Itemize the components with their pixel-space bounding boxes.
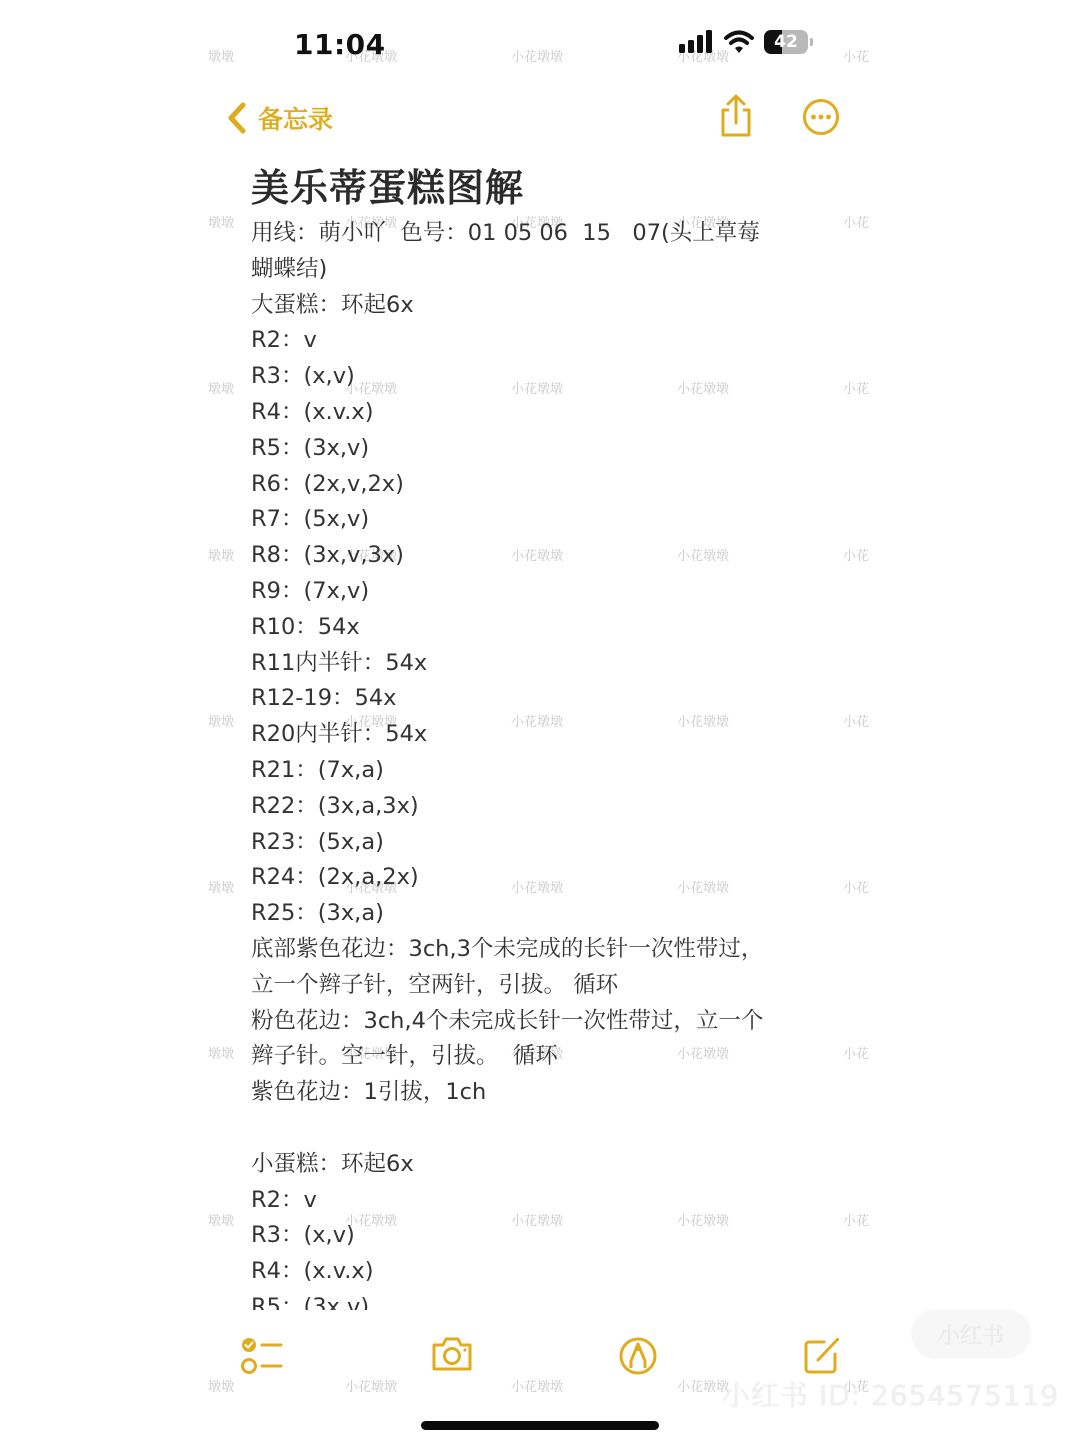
note-line: 用线：萌小吖 色号：01 05 06 15 07(头上草莓	[251, 216, 851, 252]
markup-button[interactable]	[618, 1336, 658, 1380]
blank-line	[251, 1111, 851, 1147]
nav-bar: 备忘录	[0, 88, 1080, 148]
chevron-left-icon	[226, 102, 248, 134]
note-line: R3：(x,v)	[251, 1218, 851, 1254]
camera-icon	[430, 1336, 474, 1372]
watermark-text: 墩墩	[208, 1210, 234, 1229]
watermark-text: 墩墩	[208, 378, 234, 397]
cellular-signal-icon	[678, 30, 714, 54]
note-line: R23：(5x,a)	[251, 825, 851, 861]
home-indicator[interactable]	[421, 1421, 659, 1430]
note-line: 立一个辫子针，空两针，引拔。 循环	[251, 968, 851, 1004]
note-line: R5：(3x,v)	[251, 1290, 851, 1310]
note-body[interactable]: 美乐蒂蛋糕图解 用线：萌小吖 色号：01 05 06 15 07(头上草莓蝴蝶结…	[251, 160, 851, 1310]
share-button[interactable]	[716, 94, 756, 138]
camera-button[interactable]	[430, 1336, 474, 1376]
note-line: 辫子针。空一针，引拔。 循环	[251, 1039, 851, 1075]
note-line: R3：(x,v)	[251, 359, 851, 395]
note-line: R12-19：54x	[251, 681, 851, 717]
status-bar: 11:04 42	[0, 0, 1080, 80]
note-line: 底部紫色花边：3ch,3个未完成的长针一次性带过，	[251, 932, 851, 968]
checklist-button[interactable]	[240, 1336, 284, 1380]
more-icon	[802, 98, 840, 136]
note-title[interactable]: 美乐蒂蛋糕图解	[251, 160, 851, 216]
status-time: 11:04	[294, 28, 386, 61]
xiaohongshu-logo-watermark: 小红书	[912, 1310, 1030, 1358]
note-line: R4：(x.v.x)	[251, 395, 851, 431]
note-line: 大蛋糕：环起6x	[251, 288, 851, 324]
note-line: R8：(3x,v,3x)	[251, 538, 851, 574]
wifi-icon	[724, 30, 754, 54]
note-line: R24：(2x,a,2x)	[251, 860, 851, 896]
note-line: R10：54x	[251, 610, 851, 646]
watermark-text: 墩墩	[208, 877, 234, 896]
note-line: R7：(5x,v)	[251, 502, 851, 538]
watermark-text: 墩墩	[208, 711, 234, 730]
note-line: 蝴蝶结)	[251, 252, 851, 288]
note-line: R6：(2x,v,2x)	[251, 467, 851, 503]
back-button[interactable]: 备忘录	[226, 100, 333, 136]
back-label: 备忘录	[258, 100, 333, 136]
markup-pen-icon	[618, 1336, 658, 1376]
note-line: 粉色花边：3ch,4个未完成长针一次性带过，立一个	[251, 1004, 851, 1040]
watermark-text: 墩墩	[208, 545, 234, 564]
compose-icon	[802, 1336, 842, 1376]
watermark-text: 墩墩	[208, 1043, 234, 1062]
more-button[interactable]	[802, 98, 840, 136]
note-line: R4：(x.v.x)	[251, 1254, 851, 1290]
checklist-icon	[240, 1336, 284, 1376]
xiaohongshu-id-watermark: 小红书 ID: 2654575119	[722, 1374, 1059, 1414]
status-icons: 42	[678, 30, 813, 54]
note-line: R9：(7x,v)	[251, 574, 851, 610]
note-line: R20内半针：54x	[251, 717, 851, 753]
watermark-text: 墩墩	[208, 212, 234, 231]
note-line: R25：(3x,a)	[251, 896, 851, 932]
battery-percent: 42	[774, 32, 798, 52]
battery-tip	[810, 38, 813, 46]
note-line: R5：(3x,v)	[251, 431, 851, 467]
note-line: R11内半针：54x	[251, 646, 851, 682]
note-line: 紫色花边：1引拔，1ch	[251, 1075, 851, 1111]
battery-icon: 42	[764, 30, 808, 54]
note-line: R2：v	[251, 323, 851, 359]
note-line: R2：v	[251, 1183, 851, 1219]
share-icon	[716, 94, 756, 138]
note-line: 小蛋糕：环起6x	[251, 1147, 851, 1183]
note-line: R21：(7x,a)	[251, 753, 851, 789]
note-line: R22：(3x,a,3x)	[251, 789, 851, 825]
note-lines: 用线：萌小吖 色号：01 05 06 15 07(头上草莓蝴蝶结)大蛋糕：环起6…	[251, 216, 851, 1310]
